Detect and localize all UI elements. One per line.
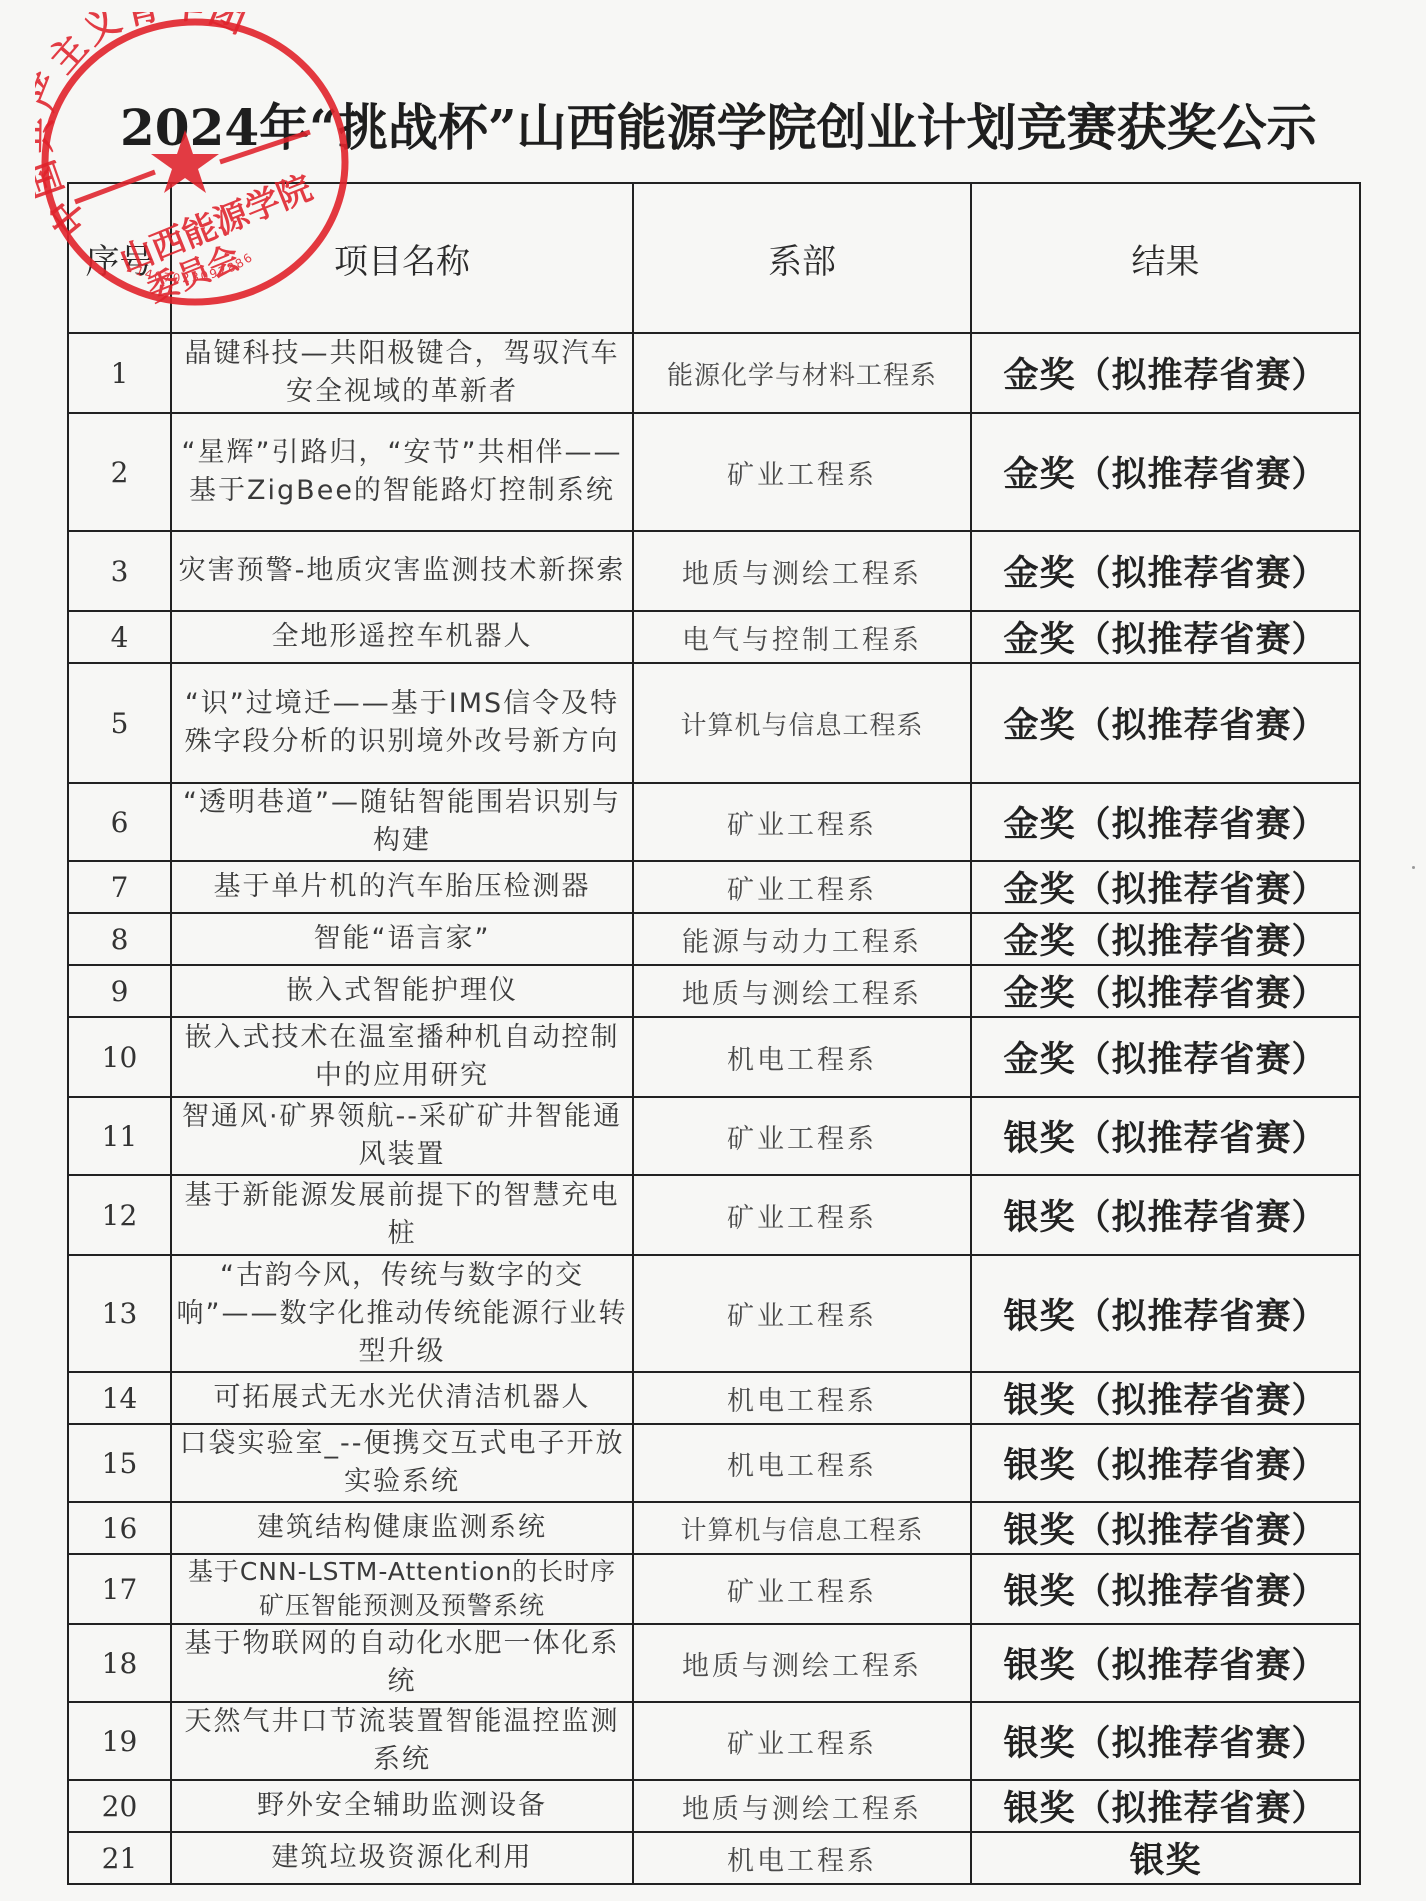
row-department: 矿业工程系 — [633, 1255, 971, 1372]
table-row: 19 天然气井口节流装置智能温控监测系统 矿业工程系 银奖（拟推荐省赛） — [68, 1702, 1360, 1780]
table-row: 14 可拓展式无水光伏清洁机器人 机电工程系 银奖（拟推荐省赛） — [68, 1372, 1360, 1424]
row-project-name: 基于CNN-LSTM-Attention的长时序矿压智能预测及预警系统 — [171, 1554, 633, 1624]
row-department: 矿业工程系 — [633, 1702, 971, 1780]
table-row: 4 全地形遥控车机器人 电气与控制工程系 金奖（拟推荐省赛） — [68, 611, 1360, 663]
row-index: 8 — [68, 913, 171, 965]
row-index: 11 — [68, 1097, 171, 1175]
row-result: 金奖（拟推荐省赛） — [971, 913, 1360, 965]
row-project-name: “古韵今风，传统与数字的交响”——数字化推动传统能源行业转型升级 — [171, 1255, 633, 1372]
table-row: 18 基于物联网的自动化水肥一体化系统 地质与测绘工程系 银奖（拟推荐省赛） — [68, 1624, 1360, 1702]
table-row: 12 基于新能源发展前提下的智慧充电桩 矿业工程系 银奖（拟推荐省赛） — [68, 1175, 1360, 1255]
table-row: 9 嵌入式智能护理仪 地质与测绘工程系 金奖（拟推荐省赛） — [68, 965, 1360, 1017]
row-project-name: 灾害预警-地质灾害监测技术新探索 — [171, 531, 633, 611]
scan-speck — [1412, 866, 1415, 869]
table-row: 11 智通风·矿界领航--采矿矿井智能通风装置 矿业工程系 银奖（拟推荐省赛） — [68, 1097, 1360, 1175]
row-department: 机电工程系 — [633, 1017, 971, 1097]
row-result: 银奖（拟推荐省赛） — [971, 1372, 1360, 1424]
header-project-name: 项目名称 — [171, 183, 633, 333]
row-result: 金奖（拟推荐省赛） — [971, 531, 1360, 611]
row-index: 12 — [68, 1175, 171, 1255]
header-index: 序号 — [68, 183, 171, 333]
row-index: 18 — [68, 1624, 171, 1702]
row-department: 矿业工程系 — [633, 413, 971, 531]
table-row: 2 “星辉”引路归，“安节”共相伴——基于ZigBee的智能路灯控制系统 矿业工… — [68, 413, 1360, 531]
row-project-name: 晶键科技—共阳极键合，驾驭汽车安全视域的革新者 — [171, 333, 633, 413]
row-index: 2 — [68, 413, 171, 531]
row-project-name: 全地形遥控车机器人 — [171, 611, 633, 663]
row-index: 15 — [68, 1424, 171, 1502]
row-index: 20 — [68, 1780, 171, 1832]
row-index: 14 — [68, 1372, 171, 1424]
row-index: 7 — [68, 861, 171, 913]
row-result: 金奖（拟推荐省赛） — [971, 611, 1360, 663]
row-project-name: “星辉”引路归，“安节”共相伴——基于ZigBee的智能路灯控制系统 — [171, 413, 633, 531]
row-index: 5 — [68, 663, 171, 783]
row-department: 地质与测绘工程系 — [633, 1780, 971, 1832]
row-result: 银奖（拟推荐省赛） — [971, 1624, 1360, 1702]
row-project-name: 嵌入式智能护理仪 — [171, 965, 633, 1017]
row-result: 银奖（拟推荐省赛） — [971, 1424, 1360, 1502]
row-project-name: 智通风·矿界领航--采矿矿井智能通风装置 — [171, 1097, 633, 1175]
row-index: 16 — [68, 1502, 171, 1554]
table-row: 16 建筑结构健康监测系统 计算机与信息工程系 银奖（拟推荐省赛） — [68, 1502, 1360, 1554]
row-index: 9 — [68, 965, 171, 1017]
row-index: 19 — [68, 1702, 171, 1780]
row-index: 6 — [68, 783, 171, 861]
row-result: 金奖（拟推荐省赛） — [971, 333, 1360, 413]
row-index: 4 — [68, 611, 171, 663]
row-department: 电气与控制工程系 — [633, 611, 971, 663]
row-project-name: “识”过境迁——基于IMS信令及特殊字段分析的识别境外改号新方向 — [171, 663, 633, 783]
row-department: 矿业工程系 — [633, 861, 971, 913]
table-row: 10 嵌入式技术在温室播种机自动控制中的应用研究 机电工程系 金奖（拟推荐省赛） — [68, 1017, 1360, 1097]
row-index: 3 — [68, 531, 171, 611]
row-result: 银奖 — [971, 1832, 1360, 1884]
row-department: 计算机与信息工程系 — [633, 1502, 971, 1554]
row-department: 机电工程系 — [633, 1832, 971, 1884]
row-index: 21 — [68, 1832, 171, 1884]
row-index: 13 — [68, 1255, 171, 1372]
row-project-name: 野外安全辅助监测设备 — [171, 1780, 633, 1832]
table-row: 21 建筑垃圾资源化利用 机电工程系 银奖 — [68, 1832, 1360, 1884]
awards-table: 序号 项目名称 系部 结果 1 晶键科技—共阳极键合，驾驭汽车安全视域的革新者 … — [67, 182, 1361, 1885]
table-row: 1 晶键科技—共阳极键合，驾驭汽车安全视域的革新者 能源化学与材料工程系 金奖（… — [68, 333, 1360, 413]
row-department: 计算机与信息工程系 — [633, 663, 971, 783]
row-project-name: 建筑结构健康监测系统 — [171, 1502, 633, 1554]
row-department: 矿业工程系 — [633, 1554, 971, 1624]
row-result: 银奖（拟推荐省赛） — [971, 1780, 1360, 1832]
row-department: 机电工程系 — [633, 1424, 971, 1502]
row-result: 金奖（拟推荐省赛） — [971, 1017, 1360, 1097]
row-department: 地质与测绘工程系 — [633, 965, 971, 1017]
row-project-name: 嵌入式技术在温室播种机自动控制中的应用研究 — [171, 1017, 633, 1097]
row-result: 银奖（拟推荐省赛） — [971, 1502, 1360, 1554]
row-result: 银奖（拟推荐省赛） — [971, 1097, 1360, 1175]
page-title: 2024年“挑战杯”山西能源学院创业计划竞赛获奖公示 — [120, 88, 1320, 160]
row-project-name: 基于新能源发展前提下的智慧充电桩 — [171, 1175, 633, 1255]
header-result: 结果 — [971, 183, 1360, 333]
row-project-name: 天然气井口节流装置智能温控监测系统 — [171, 1702, 633, 1780]
row-index: 17 — [68, 1554, 171, 1624]
row-department: 能源化学与材料工程系 — [633, 333, 971, 413]
table-row: 7 基于单片机的汽车胎压检测器 矿业工程系 金奖（拟推荐省赛） — [68, 861, 1360, 913]
row-project-name: 口袋实验室_--便携交互式电子开放实验系统 — [171, 1424, 633, 1502]
row-result: 银奖（拟推荐省赛） — [971, 1175, 1360, 1255]
row-project-name: “透明巷道”—随钻智能围岩识别与构建 — [171, 783, 633, 861]
row-result: 银奖（拟推荐省赛） — [971, 1702, 1360, 1780]
row-result: 银奖（拟推荐省赛） — [971, 1554, 1360, 1624]
row-project-name: 建筑垃圾资源化利用 — [171, 1832, 633, 1884]
table-row: 3 灾害预警-地质灾害监测技术新探索 地质与测绘工程系 金奖（拟推荐省赛） — [68, 531, 1360, 611]
row-department: 地质与测绘工程系 — [633, 531, 971, 611]
row-project-name: 可拓展式无水光伏清洁机器人 — [171, 1372, 633, 1424]
row-project-name: 基于单片机的汽车胎压检测器 — [171, 861, 633, 913]
table-header-row: 序号 项目名称 系部 结果 — [68, 183, 1360, 333]
row-project-name: 智能“语言家” — [171, 913, 633, 965]
row-index: 1 — [68, 333, 171, 413]
row-department: 能源与动力工程系 — [633, 913, 971, 965]
header-department: 系部 — [633, 183, 971, 333]
row-department: 矿业工程系 — [633, 1097, 971, 1175]
row-department: 地质与测绘工程系 — [633, 1624, 971, 1702]
table-row: 20 野外安全辅助监测设备 地质与测绘工程系 银奖（拟推荐省赛） — [68, 1780, 1360, 1832]
row-department: 机电工程系 — [633, 1372, 971, 1424]
row-department: 矿业工程系 — [633, 1175, 971, 1255]
row-result: 金奖（拟推荐省赛） — [971, 965, 1360, 1017]
row-result: 金奖（拟推荐省赛） — [971, 783, 1360, 861]
row-index: 10 — [68, 1017, 171, 1097]
table-row: 8 智能“语言家” 能源与动力工程系 金奖（拟推荐省赛） — [68, 913, 1360, 965]
table-row: 15 口袋实验室_--便携交互式电子开放实验系统 机电工程系 银奖（拟推荐省赛） — [68, 1424, 1360, 1502]
row-result: 金奖（拟推荐省赛） — [971, 413, 1360, 531]
row-result: 金奖（拟推荐省赛） — [971, 663, 1360, 783]
row-department: 矿业工程系 — [633, 783, 971, 861]
row-project-name: 基于物联网的自动化水肥一体化系统 — [171, 1624, 633, 1702]
table-row: 17 基于CNN-LSTM-Attention的长时序矿压智能预测及预警系统 矿… — [68, 1554, 1360, 1624]
table-row: 6 “透明巷道”—随钻智能围岩识别与构建 矿业工程系 金奖（拟推荐省赛） — [68, 783, 1360, 861]
table-row: 5 “识”过境迁——基于IMS信令及特殊字段分析的识别境外改号新方向 计算机与信… — [68, 663, 1360, 783]
row-result: 银奖（拟推荐省赛） — [971, 1255, 1360, 1372]
table-row: 13 “古韵今风，传统与数字的交响”——数字化推动传统能源行业转型升级 矿业工程… — [68, 1255, 1360, 1372]
row-result: 金奖（拟推荐省赛） — [971, 861, 1360, 913]
